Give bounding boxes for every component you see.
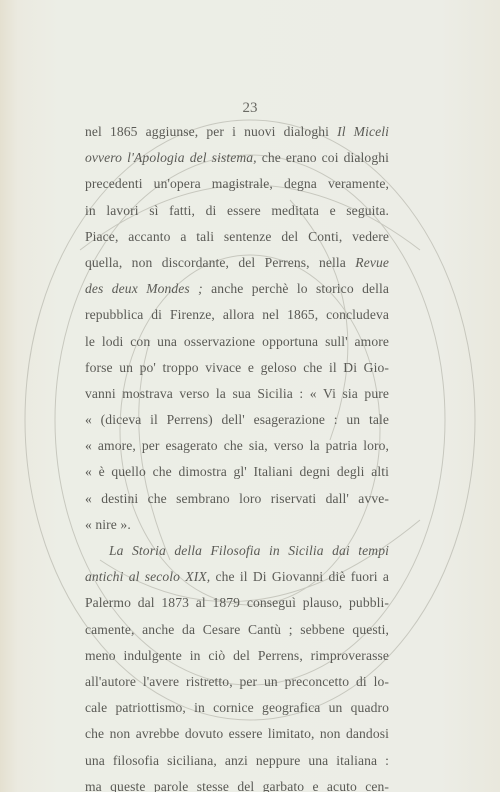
text-segment: le lodi con una osservazione opportuna s… <box>85 334 389 349</box>
text-segment: in lavori sì fatti, di essere meditata e… <box>85 203 389 218</box>
text-line: forse un po' troppo vivace e geloso che … <box>85 355 389 381</box>
italic-title-text: La Storia della Filosofia in Sicilia dai… <box>109 543 389 558</box>
text-segment: camente, anche da Cesare Cantù ; sebbene… <box>85 622 389 637</box>
italic-title-text: ovvero l'Apologia del sistema, <box>85 150 257 165</box>
text-line: quella, non discordante, del Perrens, ne… <box>85 250 389 276</box>
text-segment: ma queste parole stesse del garbato e ac… <box>85 779 389 792</box>
text-line: all'autore l'avere ristretto, per un pre… <box>85 669 389 695</box>
text-line: Palermo dal 1873 al 1879 conseguì plauso… <box>85 590 389 616</box>
body-text: nel 1865 aggiunse, per i nuovi dialoghi … <box>85 119 389 792</box>
text-line: che non avrebbe dovuto essere limitato, … <box>85 721 389 747</box>
text-segment: « è quello che dimostra gl' Italiani deg… <box>85 464 389 479</box>
text-segment: forse un po' troppo vivace e geloso che … <box>85 360 389 375</box>
text-line: antichi al secolo XIX, che il Di Giovann… <box>85 564 389 590</box>
text-line: ovvero l'Apologia del sistema, che erano… <box>85 145 389 171</box>
text-line: ma queste parole stesse del garbato e ac… <box>85 774 389 792</box>
text-line: meno indulgente in ciò del Perrens, rimp… <box>85 643 389 669</box>
text-line: precedenti un'opera magistrale, degna ve… <box>85 171 389 197</box>
italic-title-text: Revue <box>355 255 389 270</box>
italic-title-text: des deux Mondes ; <box>85 281 203 296</box>
text-line: « è quello che dimostra gl' Italiani deg… <box>85 459 389 485</box>
text-segment: meno indulgente in ciò del Perrens, rimp… <box>85 648 389 663</box>
text-line: La Storia della Filosofia in Sicilia dai… <box>85 538 389 564</box>
text-line: camente, anche da Cesare Cantù ; sebbene… <box>85 617 389 643</box>
text-line: in lavori sì fatti, di essere meditata e… <box>85 198 389 224</box>
text-segment: che non avrebbe dovuto essere limitato, … <box>85 726 389 741</box>
text-segment: « destini che sembrano loro riservati da… <box>85 491 389 506</box>
text-line: « destini che sembrano loro riservati da… <box>85 486 389 512</box>
text-segment: « amore, per esagerato che sia, verso la… <box>85 438 389 453</box>
text-line: Piace, accanto a tali sentenze del Conti… <box>85 224 389 250</box>
text-segment: « (diceva il Perrens) dell' esagerazione… <box>85 412 389 427</box>
text-segment: Palermo dal 1873 al 1879 conseguì plauso… <box>85 595 389 610</box>
text-segment: Piace, accanto a tali sentenze del Conti… <box>85 229 389 244</box>
text-segment: cale patriottismo, in cornice geografica… <box>85 700 389 715</box>
text-segment: nel 1865 aggiunse, per i nuovi dialoghi <box>85 124 337 139</box>
text-line: una filosofia siciliana, anzi neppure un… <box>85 748 389 774</box>
text-segment: che il Di Giovanni diè fuori a <box>210 569 389 584</box>
text-line: « amore, per esagerato che sia, verso la… <box>85 433 389 459</box>
text-segment: precedenti un'opera magistrale, degna ve… <box>85 176 389 191</box>
text-segment: una filosofia siciliana, anzi neppure un… <box>85 753 389 768</box>
text-segment: vanni mostrava verso la sua Sicilia : « … <box>85 386 389 401</box>
text-line: repubblica di Firenze, allora nel 1865, … <box>85 302 389 328</box>
page-number: 23 <box>0 100 500 117</box>
text-line: vanni mostrava verso la sua Sicilia : « … <box>85 381 389 407</box>
text-segment: repubblica di Firenze, allora nel 1865, … <box>85 307 389 322</box>
text-line: des deux Mondes ; anche perchè lo storic… <box>85 276 389 302</box>
text-line: le lodi con una osservazione opportuna s… <box>85 329 389 355</box>
text-line: nel 1865 aggiunse, per i nuovi dialoghi … <box>85 119 389 145</box>
text-line: « (diceva il Perrens) dell' esagerazione… <box>85 407 389 433</box>
text-segment: all'autore l'avere ristretto, per un pre… <box>85 674 389 689</box>
text-line: « nire ». <box>85 512 389 538</box>
text-line: cale patriottismo, in cornice geografica… <box>85 695 389 721</box>
italic-title-text: Il Miceli <box>337 124 389 139</box>
italic-title-text: antichi al secolo XIX, <box>85 569 210 584</box>
text-segment: che erano coi dialoghi <box>257 150 389 165</box>
text-segment: anche perchè lo storico della <box>203 281 389 296</box>
text-segment: quella, non discordante, del Perrens, ne… <box>85 255 355 270</box>
book-page: 23 nel 1865 aggiunse, per i nuovi dialog… <box>0 0 500 792</box>
text-segment: « nire ». <box>85 517 131 532</box>
